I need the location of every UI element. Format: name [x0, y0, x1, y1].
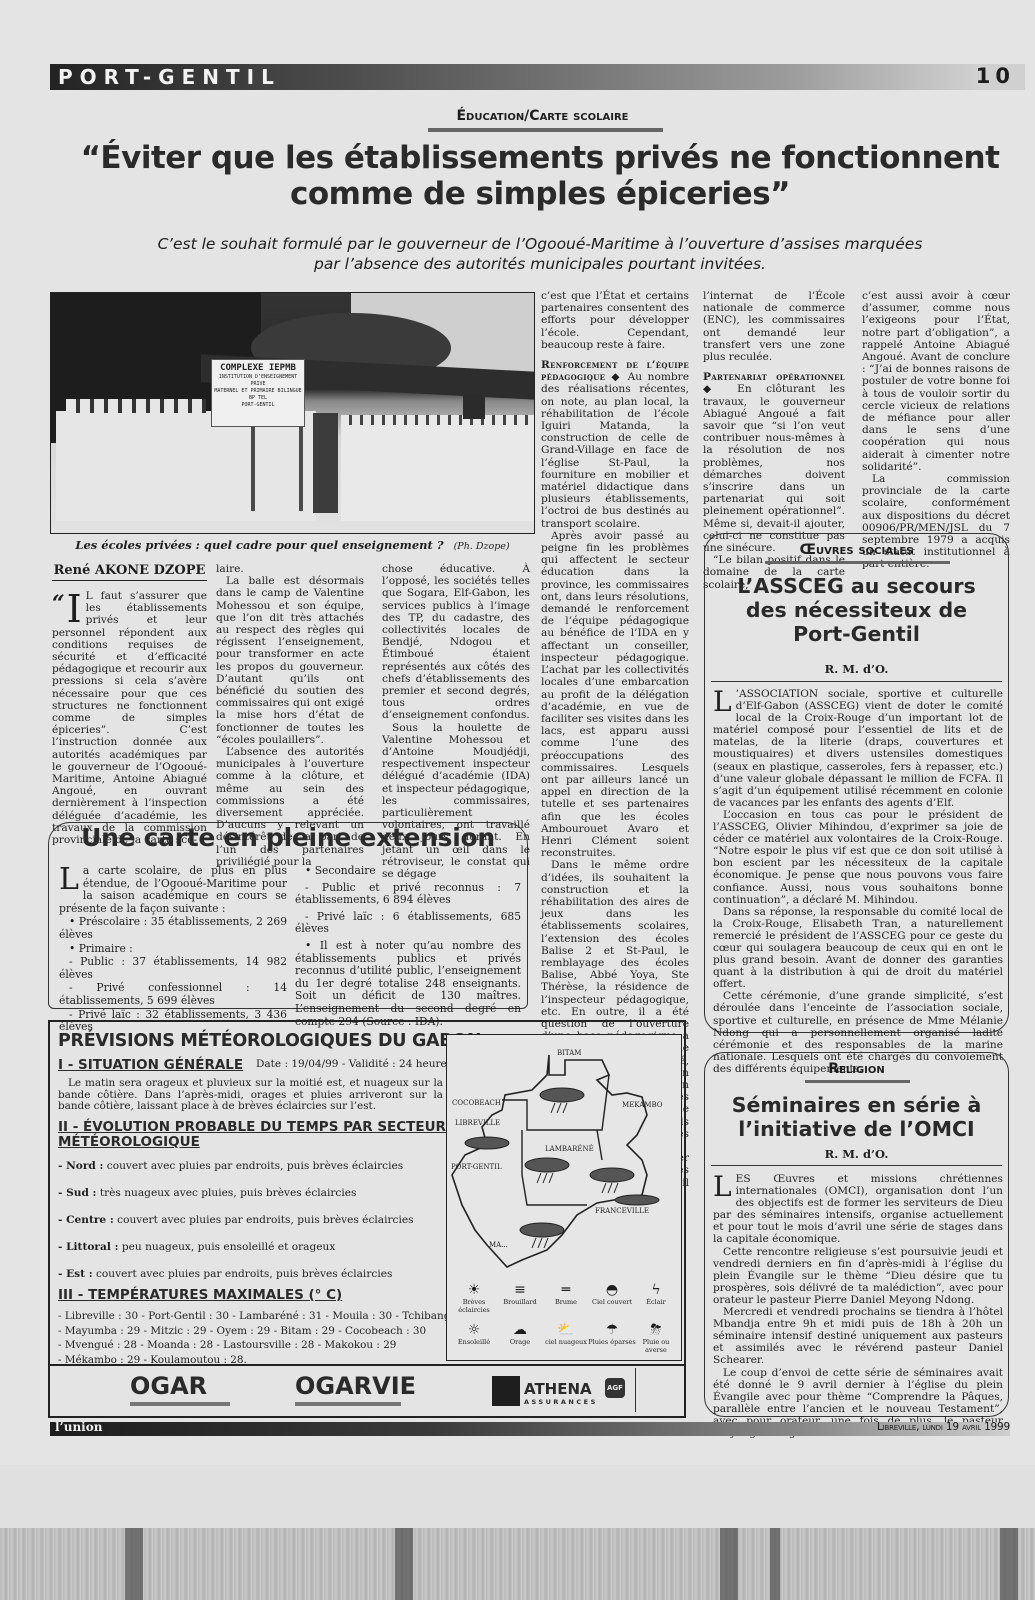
sign-text: MATERNEL ET PRIMAIRE BILINGUE — [212, 388, 304, 395]
newspaper-page: PORT-GENTIL 10 Éducation/Carte scolaire … — [0, 0, 1035, 1470]
weather-title: PRÉVISIONS MÉTÉOROLOGIQUES DU GABON — [58, 1031, 481, 1051]
heading-line: II - ÉVOLUTION PROBABLE DU TEMPS PAR SEC… — [58, 1120, 446, 1135]
headline-line: Séminaires en série à — [705, 1093, 1008, 1117]
article-headline: “Éviter que les établissements privés ne… — [60, 140, 1020, 212]
legend-ciel-couvert: ◓Ciel couvert — [587, 1281, 637, 1307]
school-photo: COMPLEXE IEPMB INSTITUTION D’ENSEIGNEMEN… — [50, 292, 535, 534]
forecast-date: Date : 19/04/99 - Validité : 24 heures — [256, 1058, 452, 1070]
scan-background — [0, 1528, 1035, 1600]
heading-line: MÉTÉOROLOGIQUE — [58, 1135, 446, 1150]
paragraph: Cette rencontre religieuse s’est poursui… — [713, 1246, 1003, 1306]
drop-cap: L — [713, 690, 732, 714]
kicker-underline — [805, 1080, 910, 1083]
newspaper-brand: l’union — [55, 1420, 102, 1434]
box-headline: L’ASSCEG au secours des nécessiteux de P… — [705, 574, 1008, 646]
legend-label: Pluie ou averse — [643, 1338, 670, 1354]
sign-text: BP TEL — [212, 395, 304, 402]
legend-label: Orage — [510, 1338, 530, 1346]
sector-name: - Littoral : — [58, 1241, 118, 1253]
sector-nord: - Nord : couvert avec pluies par endroit… — [58, 1160, 403, 1172]
sector-forecast: couvert avec pluies par endroits, puis b… — [114, 1214, 414, 1226]
legend-label: ciel nuageux — [545, 1338, 587, 1346]
stat-item: - Public : 37 établissements, 14 982 élè… — [59, 956, 287, 981]
map-city-cocobeach: COCOBEACH — [452, 1099, 501, 1107]
map-city-mayumba: MA... — [489, 1241, 508, 1249]
photo-wall-left — [56, 411, 316, 521]
sign-post — [299, 427, 303, 511]
photo-caption: Les écoles privées : quel cadre pour que… — [50, 538, 535, 552]
legend-brume: ═Brume — [541, 1281, 591, 1307]
map-city-lambarene: LAMBARÉNÉ — [545, 1145, 594, 1153]
sector-forecast: peu nuageux, puis ensoleillé et orageux — [118, 1241, 335, 1253]
headline-line: Port-Gentil — [705, 622, 1008, 646]
legend-label: Éclair — [646, 1298, 666, 1306]
legend-brouillard: ≡Brouillard — [495, 1281, 545, 1307]
drop-cap: I — [67, 592, 82, 626]
sector-name: - Est : — [58, 1268, 93, 1280]
box-column-right: • Secondaire - Public et privé reconnus … — [295, 865, 521, 1029]
stat-item: - Privé laïc : 6 établissements, 685 élè… — [295, 911, 521, 936]
box-body: LES Œuvres et missions chrétiennes inter… — [713, 1173, 1003, 1439]
paragraph: Après avoir passé au peigne fin les prob… — [541, 530, 689, 859]
legend-label: Brume — [555, 1298, 577, 1306]
partly-cloudy-icon: ⛅ — [541, 1321, 591, 1339]
article-column-1: “ I L faut s’assurer que les établisseme… — [52, 590, 207, 846]
article-standfirst: C’est le souhait formulé par le gouverne… — [100, 234, 980, 274]
temperature-line: - Mayumba : 29 - Mitzic : 29 - Oyem : 29… — [58, 1324, 480, 1339]
box-kicker: Œuvres sociales — [705, 542, 1008, 558]
scan-artifact — [1000, 1528, 1018, 1600]
drop-cap: L — [713, 1175, 732, 1199]
legend-eclair: ϟÉclair — [631, 1281, 681, 1307]
sector-name: - Sud : — [58, 1187, 96, 1199]
headline-line-2: comme de simples épiceries” — [60, 176, 1020, 212]
headline-line: l’initiative de l’OMCI — [705, 1117, 1008, 1141]
legend-label: Ciel couvert — [592, 1298, 632, 1306]
kicker-underline — [428, 128, 663, 132]
legend-ciel-nuageux: ⛅ciel nuageux — [541, 1321, 591, 1347]
map-city-bitam: BITAM — [557, 1049, 581, 1057]
paragraph: ’ASSOCIATION sociale, sportive et cultur… — [713, 688, 1003, 809]
paragraph: Dans sa réponse, la responsable du comit… — [713, 906, 1003, 991]
sector-name: - Nord : — [58, 1160, 103, 1172]
agf-logo-icon: AGF — [605, 1378, 625, 1398]
box-religion: Religion Séminaires en série à l’initiat… — [704, 1052, 1009, 1417]
temperature-line: - Mvengué : 28 - Moanda : 28 - Lastoursv… — [58, 1338, 480, 1353]
article-byline: René AKONE DZOPE — [52, 563, 207, 578]
legend-pluie-averse: ⛈Pluie ou averse — [631, 1321, 681, 1354]
paragraph: ES Œuvres et missions chrétiennes intern… — [713, 1173, 1003, 1245]
photo-credit: (Ph. Dzope) — [454, 541, 510, 552]
paragraph: l’internat de l’École nationale de comme… — [703, 290, 845, 363]
byline-rule — [711, 681, 1002, 682]
max-temperatures: - Libreville : 30 - Port-Gentil : 30 - L… — [58, 1309, 480, 1368]
weather-forecast-box: PRÉVISIONS MÉTÉOROLOGIQUES DU GABON I - … — [48, 1020, 686, 1418]
gabon-weather-map: BITAM COCOBEACH LIBREVILLE MEKAMBO LAMBA… — [446, 1034, 682, 1361]
sign-text: INSTITUTION D’ENSEIGNEMENT PRIVE — [212, 374, 304, 388]
sector-forecast: couvert avec pluies par endroits, puis b… — [103, 1160, 403, 1172]
weather-heading-2: II - ÉVOLUTION PROBABLE DU TEMPS PAR SEC… — [58, 1120, 446, 1150]
scan-artifact — [395, 1528, 413, 1600]
headline-line: des nécessiteux de — [705, 598, 1008, 622]
ad-ogar: OGAR — [130, 1372, 207, 1400]
rain-icon: ☂ — [587, 1321, 637, 1339]
scan-artifact — [770, 1528, 780, 1600]
box-headline: Séminaires en série à l’initiative de l’… — [705, 1093, 1008, 1141]
photo-window — [463, 395, 485, 419]
fog-icon: ≡ — [495, 1281, 545, 1299]
standfirst-line-1: C’est le souhait formulé par le gouverne… — [100, 234, 980, 254]
standfirst-line-2: par l’absence des autorités municipales … — [100, 254, 980, 274]
box-title: Une carte en pleine extension — [49, 823, 527, 852]
byline-rule — [52, 580, 207, 581]
sector-name: - Centre : — [58, 1214, 114, 1226]
article-column-6: c’est aussi avoir à cœur d’assumer, comm… — [862, 290, 1010, 571]
storm-icon: ☁ — [495, 1321, 545, 1339]
drop-quote: “ — [52, 593, 65, 615]
map-city-port-gentil: PORT-GENTIL — [451, 1163, 502, 1171]
paragraph: En clôturant les travaux, le gouverneur … — [703, 383, 845, 554]
kicker-underline — [765, 561, 950, 564]
box-body: L’ASSOCIATION sociale, sportive et cultu… — [713, 688, 1003, 1075]
legend-pluies-eparses: ☂Pluies éparses — [587, 1321, 637, 1347]
ad-athena: ATHENA — [524, 1380, 592, 1398]
scan-artifact — [125, 1528, 143, 1600]
sign-text: COMPLEXE IEPMB — [212, 362, 304, 374]
weather-heading-3: III - TEMPÉRATURES MAXIMALES (° C) — [58, 1288, 342, 1303]
legend-breves-eclaircies: ☀Brèves éclaircies — [449, 1281, 499, 1314]
box-carte-scolaire: Une carte en pleine extension L a carte … — [48, 822, 528, 1009]
drop-cap: L — [59, 867, 79, 893]
weather-heading-1: I - SITUATION GÉNÉRALE — [58, 1058, 243, 1073]
column-text: L faut s’assurer que les établissements … — [52, 590, 207, 846]
stat-item: • Primaire : — [59, 943, 287, 956]
map-city-franceville: FRANCEVILLE — [595, 1207, 649, 1215]
thunderstorm-icon: ⛈ — [631, 1321, 681, 1339]
advertisement-strip: OGAR OGARVIE ATHENA ASSURANCES AGF — [50, 1364, 684, 1416]
dateline: Libreville, lundi 19 avril 1999 — [877, 1421, 1010, 1433]
school-sign: COMPLEXE IEPMB INSTITUTION D’ENSEIGNEMEN… — [211, 359, 305, 427]
sign-post — [251, 427, 255, 511]
section-name: PORT-GENTIL — [58, 65, 281, 89]
sun-icon: ☼ — [449, 1321, 499, 1339]
map-city-libreville: LIBREVILLE — [455, 1119, 500, 1127]
legend-label: Ensoleillé — [458, 1338, 490, 1346]
temperature-line: - Libreville : 30 - Port-Gentil : 30 - L… — [58, 1309, 480, 1324]
ad-ogarvie: OGARVIE — [295, 1372, 416, 1400]
ad-underline — [295, 1402, 401, 1406]
photo-wall-right — [341, 421, 535, 521]
paragraph: c’est que l’État et certains partenaires… — [541, 290, 689, 351]
paragraph: La balle est désormais dans le camp de V… — [216, 575, 364, 746]
box-kicker: Religion — [705, 1061, 1008, 1077]
paragraph: Mercredi et vendredi prochains se tiendr… — [713, 1306, 1003, 1366]
paragraph: c’est aussi avoir à cœur d’assumer, comm… — [862, 290, 1010, 473]
ad-divider — [635, 1368, 636, 1412]
legend-ensoleille: ☼Ensoleillé — [449, 1321, 499, 1347]
scan-artifact — [720, 1528, 738, 1600]
stat-item: - Public et privé reconnus : 7 établisse… — [295, 882, 521, 907]
box-intro: a carte scolaire, de plus en plus étendu… — [59, 864, 287, 915]
stat-item: • Secondaire — [295, 865, 521, 878]
mist-icon: ═ — [541, 1281, 591, 1299]
sign-text: PORT-GENTIL — [212, 402, 304, 409]
article-kicker: Éducation/Carte scolaire — [420, 108, 665, 124]
legend-label: Brouillard — [503, 1298, 536, 1306]
box-oeuvres-sociales: Œuvres sociales L’ASSCEG au secours des … — [704, 533, 1009, 1033]
section-header-bar: PORT-GENTIL 10 — [50, 64, 1025, 90]
sector-forecast: couvert avec pluies par endroits, puis b… — [93, 1268, 393, 1280]
page-margin-strip — [0, 1465, 1035, 1528]
stat-item: - Privé confessionnel : 14 établissement… — [59, 982, 287, 1007]
headline-line-1: “Éviter que les établissements privés ne… — [60, 140, 1020, 176]
sector-centre: - Centre : couvert avec pluies par endro… — [58, 1214, 414, 1226]
sector-forecast: très nuageux avec pluies, puis brèves éc… — [96, 1187, 356, 1199]
lightning-icon: ϟ — [631, 1281, 681, 1299]
paragraph: chose éducative. À l’opposé, les société… — [382, 563, 530, 722]
photo-doorway — [313, 413, 338, 513]
sector-est: - Est : couvert avec pluies par endroits… — [58, 1268, 392, 1280]
box-column-left: L a carte scolaire, de plus en plus éten… — [59, 865, 287, 1035]
overcast-icon: ◓ — [587, 1281, 637, 1299]
caption-text: Les écoles privées : quel cadre pour que… — [75, 538, 443, 552]
sector-sud: - Sud : très nuageux avec pluies, puis b… — [58, 1187, 356, 1199]
paragraph: L’occasion en tous cas pour le président… — [713, 809, 1003, 906]
sector-littoral: - Littoral : peu nuageux, puis ensoleill… — [58, 1241, 335, 1253]
athena-leaf-icon — [492, 1376, 520, 1406]
stat-item: • Préscolaire : 35 établissements, 2 269… — [59, 916, 287, 941]
map-city-mekambo: MEKAMBO — [622, 1101, 662, 1109]
paragraph: Au nombre des réalisations récentes, on … — [541, 371, 689, 529]
sun-cloud-icon: ☀ — [449, 1281, 499, 1299]
ad-athena-sub: ASSURANCES — [524, 1398, 598, 1406]
general-situation: Le matin sera orageux et pluvieux sur la… — [58, 1078, 443, 1113]
box-byline: R. M. d’O. — [705, 662, 1008, 676]
paragraph: laire. — [216, 563, 364, 575]
stat-item: • Il est à noter qu’au nombre des établi… — [295, 940, 521, 1028]
ad-underline — [130, 1402, 230, 1406]
legend-label: Pluies éparses — [588, 1338, 635, 1346]
legend-label: Brèves éclaircies — [458, 1298, 490, 1314]
footer-bar: l’union Libreville, lundi 19 avril 1999 — [50, 1422, 1010, 1436]
byline-rule — [711, 1165, 1002, 1166]
page-number: 10 — [976, 64, 1015, 88]
box-byline: R. M. d’O. — [705, 1147, 1008, 1161]
headline-line: L’ASSCEG au secours — [705, 574, 1008, 598]
legend-orage: ☁Orage — [495, 1321, 545, 1347]
